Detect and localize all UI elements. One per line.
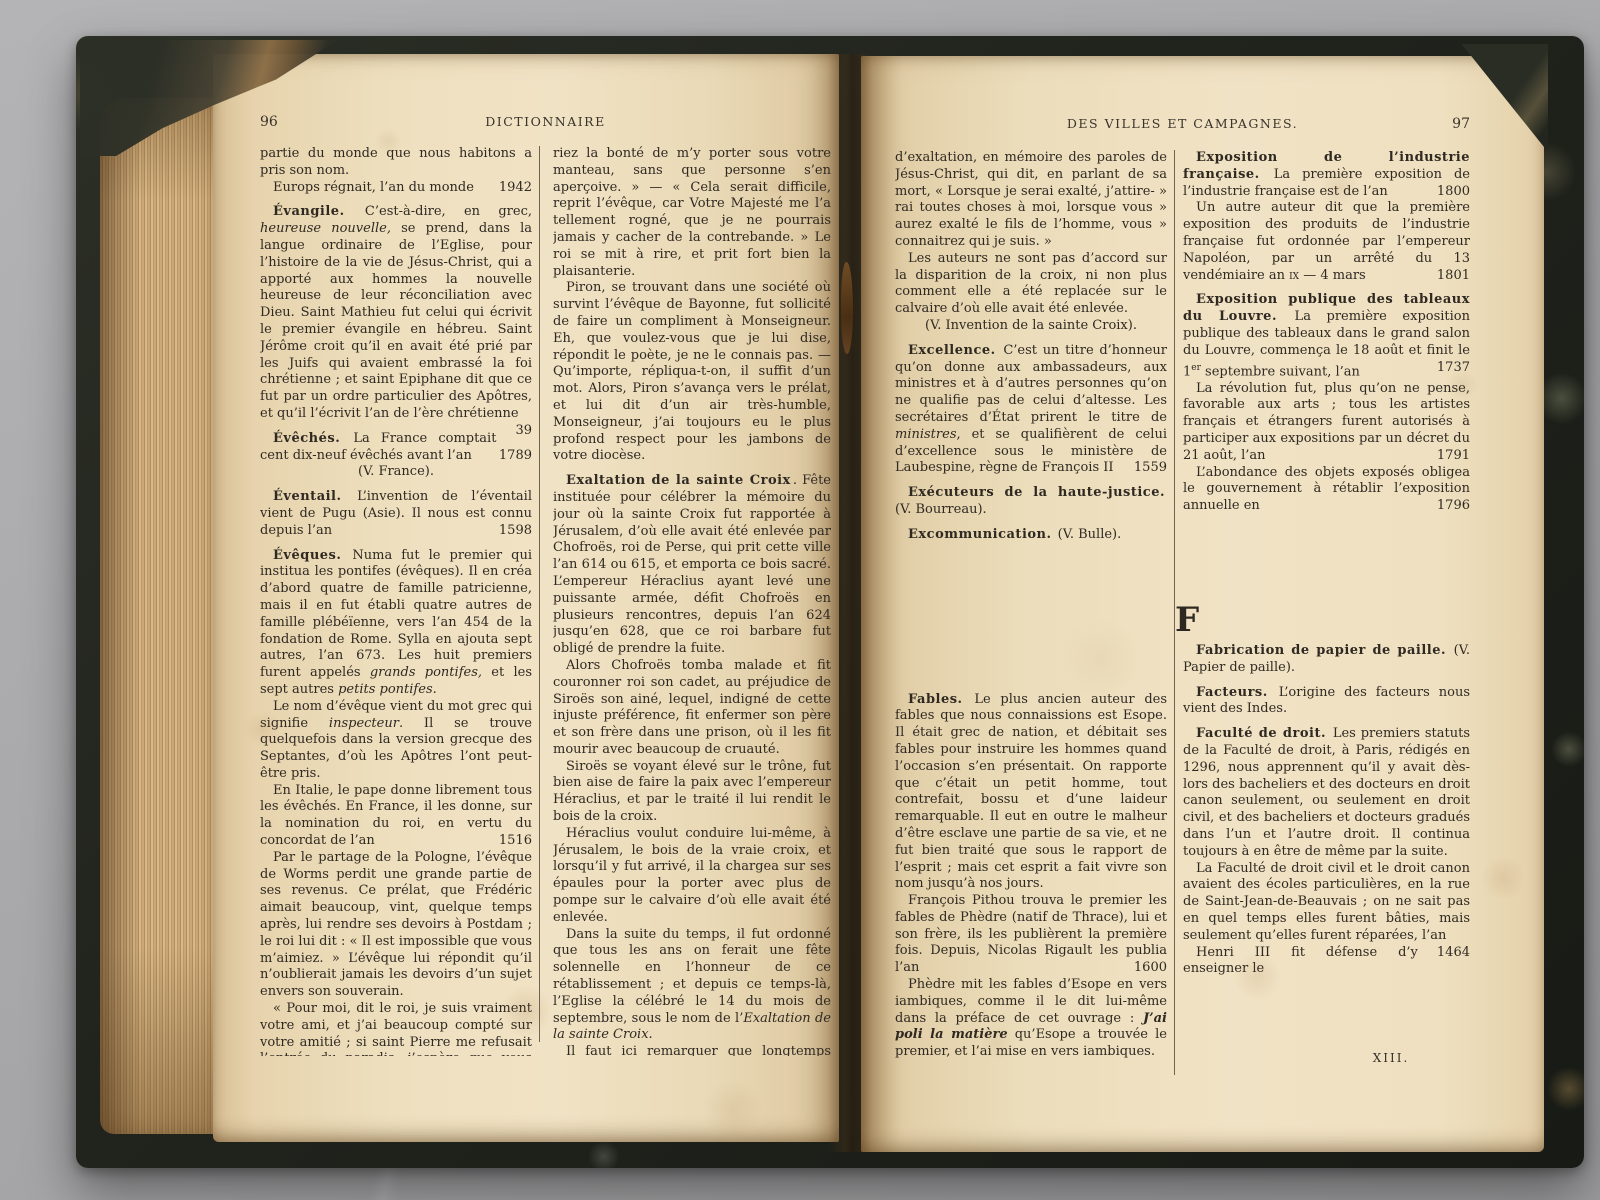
dictionary-entry: Fables. Le plus ancien auteur des fables… — [895, 692, 1167, 894]
text-run: petits pontifes. — [338, 682, 437, 697]
column-divider — [539, 146, 540, 1042]
running-header: DICTIONNAIRE — [260, 114, 831, 129]
paragraph: La Faculté de droit civil et le droit ca… — [1183, 861, 1470, 945]
text-run: Par le partage de la Pologne, l’évêque d… — [260, 850, 532, 999]
text-run: grands pontifes, — [370, 665, 482, 680]
right-page-header: DES VILLES ET CAMPAGNES. 97 — [895, 116, 1470, 136]
column-gap — [1183, 515, 1470, 635]
text-run: inspecteur — [329, 716, 399, 731]
left-page-column-2: riez la bonté de m’y porter sous votre m… — [553, 146, 831, 1056]
paragraph: « Pour moi, dit le roi, je suis vraiment… — [260, 1001, 532, 1056]
dictionary-entry: Excellence. C’est un titre d’honneur qu’… — [895, 343, 1167, 477]
paragraph: Les auteurs ne sont pas d’accord sur la … — [895, 251, 1167, 318]
text-run: (V. Invention de la sainte Croix). — [925, 318, 1137, 333]
dictionary-entry: Évêques. Numa fut le premier qui institu… — [260, 548, 532, 699]
paragraph: La révolution fut, plus qu’on ne pense, … — [1183, 381, 1470, 465]
text-run: Les auteurs ne sont pas d’accord sur la … — [895, 251, 1167, 316]
page-stack-fore-edge — [100, 98, 216, 1134]
year-value: 1801 — [1418, 268, 1470, 285]
text-run: se prend, dans la langue ordinaire de l’… — [260, 221, 532, 421]
dictionary-entry: Exécuteurs de la haute-justice. (V. Bour… — [895, 485, 1167, 519]
paragraph: En Italie, le pape donne librement tous … — [260, 783, 532, 850]
paragraph: d’exaltation, en mémoire des paroles de … — [895, 150, 1167, 251]
entry-headword: Exécuteurs de la haute-justice. — [908, 485, 1165, 500]
text-run: riez la bonté de m’y porter sous votre m… — [553, 146, 831, 279]
page-number: 97 — [1452, 116, 1470, 132]
dictionary-entry: Exaltation de la sainte Croix. Fête inst… — [553, 473, 831, 658]
right-page-column-1: d’exaltation, en mémoire des paroles de … — [895, 150, 1167, 1090]
text-run: — 4 mars — [1299, 268, 1366, 283]
text-run: La Faculté de droit civil et le droit ca… — [1183, 861, 1470, 943]
entry-headword: Évangile. — [273, 204, 345, 219]
entry-headword: Faculté de droit. — [1196, 726, 1326, 741]
year-value: 1942 — [480, 180, 532, 197]
dictionary-entry: Fabrication de papier de paille. (V. Pap… — [1183, 643, 1470, 677]
text-run: Les premiers statuts de la Faculté de dr… — [1183, 726, 1470, 859]
dictionary-entry: Facteurs. L’origine des facteurs nous vi… — [1183, 685, 1470, 719]
text-run: « Pour moi, dit le roi, je suis vraiment… — [260, 1001, 532, 1056]
paragraph: Alors Chofroës tomba malade et fit couro… — [553, 658, 831, 759]
paragraph: Le nom d’évêque vient du mot grec qui si… — [260, 699, 532, 783]
year-value: 1796 — [1418, 498, 1470, 515]
paragraph: Dans la suite du temps, il fut ordonné q… — [553, 927, 831, 1045]
text-run: Le plus ancien auteur des fables que nou… — [895, 692, 1167, 892]
paragraph: Par le partage de la Pologne, l’évêque d… — [260, 850, 532, 1001]
year-value: 1598 — [480, 523, 532, 540]
dictionary-entry: Évangile. C’est-à-dire, en grec, heureus… — [260, 204, 532, 422]
section-letter-f: F — [1175, 600, 1199, 640]
paragraph: François Pithou trouva le premier les fa… — [895, 893, 1167, 977]
entry-headword: Évêques. — [273, 548, 341, 563]
entry-headword: Exaltation de la sainte Croix — [566, 473, 791, 488]
running-header: DES VILLES ET CAMPAGNES. — [895, 116, 1470, 131]
dictionary-entry: Éventail. L’invention de l’éventail vien… — [260, 489, 532, 539]
paragraph: riez la bonté de m’y porter sous votre m… — [553, 146, 831, 280]
book-photo-scene: 96 DICTIONNAIRE partie du monde que nous… — [0, 0, 1600, 1200]
right-page: DES VILLES ET CAMPAGNES. 97 d’exaltation… — [861, 56, 1544, 1152]
signature-mark: XIII. — [1331, 1051, 1451, 1065]
dictionary-entry: Excommunication. (V. Bulle). — [895, 527, 1167, 544]
year-value: 39 — [496, 423, 532, 440]
dictionary-entry: Faculté de droit. Les premiers statuts d… — [1183, 726, 1470, 860]
dictionary-entry: Exposition publique des tableaux du Louv… — [1183, 292, 1470, 380]
paragraph: Piron, se trouvant dans une société où s… — [553, 280, 831, 465]
gutter-damage-mark — [841, 262, 853, 354]
paragraph: Phèdre mit les fables d’Esope en vers ia… — [895, 977, 1167, 1061]
paragraph: L’abondance des objets exposés obligea l… — [1183, 465, 1470, 515]
entry-headword: Excommunication. — [908, 527, 1052, 542]
text-run: C’est-à-dire, en grec, — [347, 204, 532, 219]
right-page-column-2: Exposition de l’industrie française. La … — [1183, 150, 1470, 1090]
entry-headword: Excellence. — [908, 343, 996, 358]
year-value: 1737 — [1418, 360, 1470, 377]
paragraph: Europs régnait, l’an du monde1942 — [260, 180, 532, 197]
gutter-shadow — [828, 54, 872, 1152]
entry-headword: Fables. — [908, 692, 963, 707]
year-value: 1464 — [1418, 945, 1470, 962]
year-value: 1791 — [1418, 448, 1470, 465]
year-value: 1516 — [480, 833, 532, 850]
text-run: er — [1191, 363, 1201, 373]
text-run: Héraclius voulut conduire lui-même, à Jé… — [553, 826, 831, 925]
text-run: Alors Chofroës tomba malade et fit couro… — [553, 658, 831, 757]
paragraph: Héraclius voulut conduire lui-même, à Jé… — [553, 826, 831, 927]
text-run: ix — [1289, 268, 1299, 283]
left-page-column-1: partie du monde que nous habitons a pris… — [260, 146, 532, 1056]
entry-headword: Facteurs. — [1196, 685, 1268, 700]
year-value: 1800 — [1418, 184, 1470, 201]
paragraph: Un autre auteur dit que la première expo… — [1183, 200, 1470, 284]
text-run: d’exaltation, en mémoire des paroles de … — [895, 150, 1167, 249]
text-run: Il faut ici remarquer que longtemps aupa… — [553, 1044, 831, 1056]
paragraph: Siroës se voyant élevé sur le trône, fut… — [553, 759, 831, 826]
paragraph: (V. France). — [260, 464, 532, 481]
paragraph: (V. Invention de la sainte Croix). — [895, 318, 1167, 335]
dictionary-entry: Évêchés. La France comptait cent dix-neu… — [260, 431, 532, 465]
entry-headword: Fabrication de papier de paille. — [1196, 643, 1446, 658]
text-run: Piron, se trouvant dans une société où s… — [553, 280, 831, 463]
year-value: 1600 — [1115, 960, 1167, 977]
paragraph: partie du monde que nous habitons a pris… — [260, 146, 532, 180]
text-run: heureuse nouvelle, — [260, 221, 391, 236]
year-value: 1789 — [480, 448, 532, 465]
text-run: Phèdre mit les fables d’Esope en vers ia… — [895, 977, 1167, 1026]
text-run: septembre suivant, l’an — [1201, 364, 1360, 379]
year-value: 1559 — [1115, 460, 1167, 477]
text-run: Henri III fit défense d’y enseigner le — [1183, 945, 1418, 977]
text-run: Siroës se voyant élevé sur le trône, fut… — [553, 759, 831, 824]
paragraph: Il faut ici remarquer que longtemps aupa… — [553, 1044, 831, 1056]
left-page-header: 96 DICTIONNAIRE — [260, 114, 831, 134]
text-run: . Fête instituée pour célébrer la mémoir… — [553, 473, 831, 656]
text-run: (V. Bulle). — [1054, 527, 1122, 542]
entry-headword: Évêchés. — [273, 431, 340, 446]
text-run: (V. Bourreau). — [895, 502, 987, 517]
text-run: Europs régnait, l’an du monde — [273, 180, 474, 195]
left-page: 96 DICTIONNAIRE partie du monde que nous… — [213, 54, 839, 1142]
dictionary-entry: Exposition de l’industrie française. La … — [1183, 150, 1470, 200]
text-run: partie du monde que nous habitons a pris… — [260, 146, 532, 178]
entry-headword: Éventail. — [273, 489, 342, 504]
text-run: Numa fut le premier qui institua les pon… — [260, 548, 532, 681]
column-gap — [895, 544, 1167, 684]
text-run: ministres — [895, 427, 957, 442]
text-run: (V. France). — [358, 464, 434, 479]
